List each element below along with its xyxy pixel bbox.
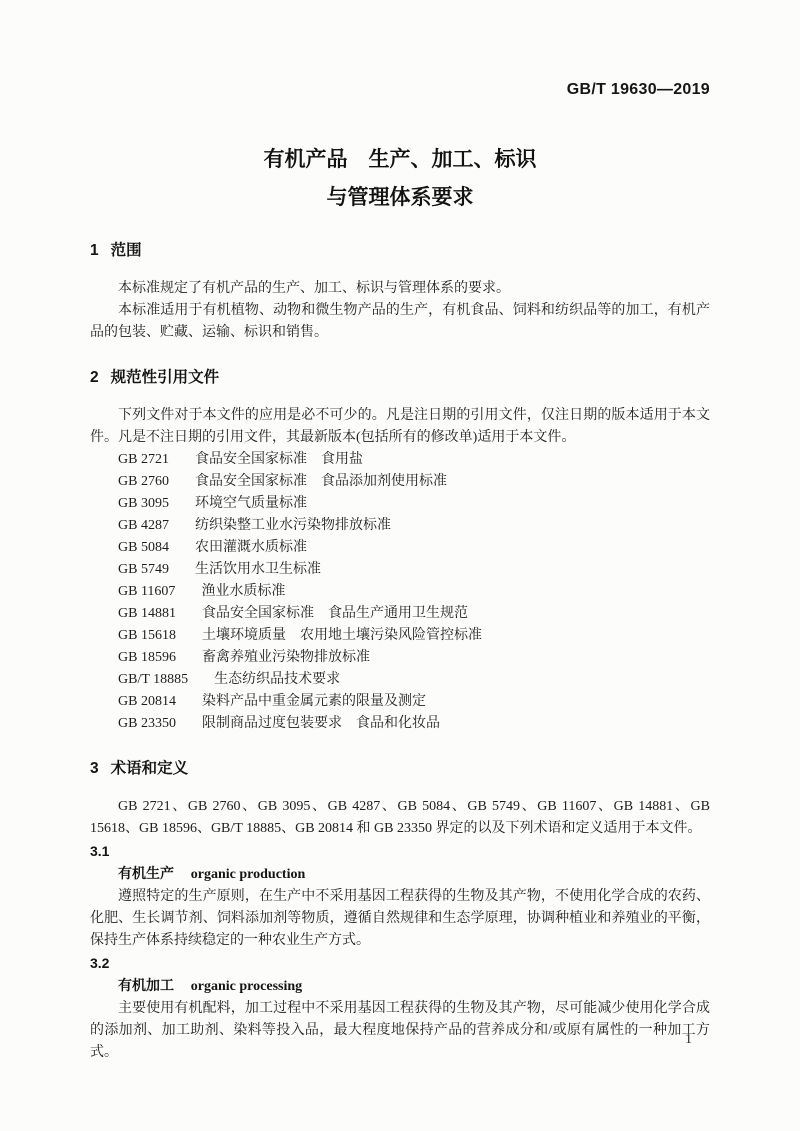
- term-definition: 主要使用有机配料，加工过程中不采用基因工程获得的生物及其产物，尽可能减少使用化学…: [90, 998, 710, 1064]
- reference-code: GB 5749: [118, 562, 169, 577]
- term-name-zh: 有机生产: [118, 865, 174, 881]
- section-2-label: 规范性引用文件: [111, 369, 220, 386]
- reference-name: 渔业水质标准: [201, 584, 285, 599]
- reference-code: GB 20814: [118, 694, 176, 709]
- page-content: GB/T 19630—2019 有机产品 生产、加工、标识 与管理体系要求 1范…: [90, 0, 710, 1064]
- reference-name: 纺织染整工业水污染物排放标准: [195, 518, 391, 533]
- reference-item: GB 5749生活饮用水卫生标准: [90, 559, 710, 581]
- reference-name: 生态纺织品技术要求: [214, 672, 340, 687]
- reference-item: GB 3095环境空气质量标准: [90, 493, 710, 515]
- section-1-number: 1: [90, 242, 99, 259]
- section-1-label: 范围: [111, 242, 142, 259]
- term-3-2: 3.2 有机加工organic processing 主要使用有机配料，加工过程…: [90, 952, 710, 1064]
- reference-item: GB 4287纺织染整工业水污染物排放标准: [90, 515, 710, 537]
- reference-code: GB 18596: [118, 650, 176, 665]
- section-3-intro: GB 2721、GB 2760、GB 3095、GB 4287、GB 5084、…: [90, 796, 710, 840]
- normative-references-list: GB 2721食品安全国家标准 食用盐 GB 2760食品安全国家标准 食品添加…: [90, 449, 710, 735]
- reference-item: GB 2760食品安全国家标准 食品添加剂使用标准: [90, 471, 710, 493]
- term-number: 3.1: [90, 840, 710, 862]
- page-number: 1: [685, 1032, 692, 1048]
- section-3-number: 3: [90, 760, 99, 777]
- reference-item: GB 15618土壤环境质量 农用地土壤污染风险管控标准: [90, 625, 710, 647]
- reference-name: 农田灌溉水质标准: [195, 540, 307, 555]
- reference-code: GB 15618: [118, 628, 176, 643]
- reference-code: GB 14881: [118, 606, 176, 621]
- section-3-heading: 3术语和定义: [90, 759, 710, 778]
- reference-item: GB 18596畜禽养殖业污染物排放标准: [90, 647, 710, 669]
- reference-name: 土壤环境质量 农用地土壤污染风险管控标准: [202, 628, 482, 643]
- reference-item: GB 20814染料产品中重金属元素的限量及测定: [90, 691, 710, 713]
- term-3-1: 3.1 有机生产organic production 遵照特定的生产原则，在生产…: [90, 840, 710, 952]
- section-2-number: 2: [90, 369, 99, 386]
- term-name-zh: 有机加工: [118, 977, 174, 993]
- reference-item: GB 14881食品安全国家标准 食品生产通用卫生规范: [90, 603, 710, 625]
- document-title: 有机产品 生产、加工、标识 与管理体系要求: [90, 141, 710, 217]
- reference-code: GB 5084: [118, 540, 169, 555]
- reference-code: GB 2760: [118, 474, 169, 489]
- reference-name: 限制商品过度包装要求 食品和化妆品: [202, 716, 440, 731]
- section-1-paragraph-2: 本标准适用于有机植物、动物和微生物产品的生产，有机食品、饲料和纺织品等的加工，有…: [90, 300, 710, 344]
- term-definition: 遵照特定的生产原则，在生产中不采用基因工程获得的生物及其产物，不使用化学合成的农…: [90, 886, 710, 952]
- document-title-line2: 与管理体系要求: [90, 179, 710, 217]
- reference-code: GB 23350: [118, 716, 176, 731]
- reference-item: GB 23350限制商品过度包装要求 食品和化妆品: [90, 713, 710, 735]
- term-name-en: organic production: [191, 867, 305, 882]
- reference-code: GB 4287: [118, 518, 169, 533]
- reference-item: GB 5084农田灌溉水质标准: [90, 537, 710, 559]
- term-number: 3.2: [90, 952, 710, 974]
- reference-code: GB 3095: [118, 496, 169, 511]
- reference-code: GB 2721: [118, 452, 169, 467]
- term-heading: 有机生产organic production: [90, 862, 710, 886]
- term-name-en: organic processing: [191, 979, 302, 994]
- reference-item: GB 2721食品安全国家标准 食用盐: [90, 449, 710, 471]
- section-3-label: 术语和定义: [111, 760, 189, 777]
- reference-name: 染料产品中重金属元素的限量及测定: [202, 694, 426, 709]
- reference-item: GB 11607渔业水质标准: [90, 581, 710, 603]
- term-heading: 有机加工organic processing: [90, 974, 710, 998]
- document-title-line1: 有机产品 生产、加工、标识: [90, 141, 710, 179]
- reference-name: 环境空气质量标准: [195, 496, 307, 511]
- reference-name: 食品安全国家标准 食用盐: [195, 452, 363, 467]
- reference-name: 食品安全国家标准 食品添加剂使用标准: [195, 474, 447, 489]
- reference-item: GB/T 18885生态纺织品技术要求: [90, 669, 710, 691]
- section-2-heading: 2规范性引用文件: [90, 368, 710, 387]
- section-1-paragraph-1: 本标准规定了有机产品的生产、加工、标识与管理体系的要求。: [90, 278, 710, 300]
- reference-name: 畜禽养殖业污染物排放标准: [202, 650, 370, 665]
- section-2-intro: 下列文件对于本文件的应用是必不可少的。凡是注日期的引用文件，仅注日期的版本适用于…: [90, 405, 710, 449]
- reference-code: GB 11607: [118, 584, 175, 599]
- reference-name: 食品安全国家标准 食品生产通用卫生规范: [202, 606, 468, 621]
- document-page: GB/T 19630—2019 有机产品 生产、加工、标识 与管理体系要求 1范…: [0, 0, 800, 1131]
- reference-code: GB/T 18885: [118, 672, 188, 687]
- section-1-heading: 1范围: [90, 241, 710, 260]
- reference-name: 生活饮用水卫生标准: [195, 562, 321, 577]
- standard-code: GB/T 19630—2019: [90, 0, 710, 99]
